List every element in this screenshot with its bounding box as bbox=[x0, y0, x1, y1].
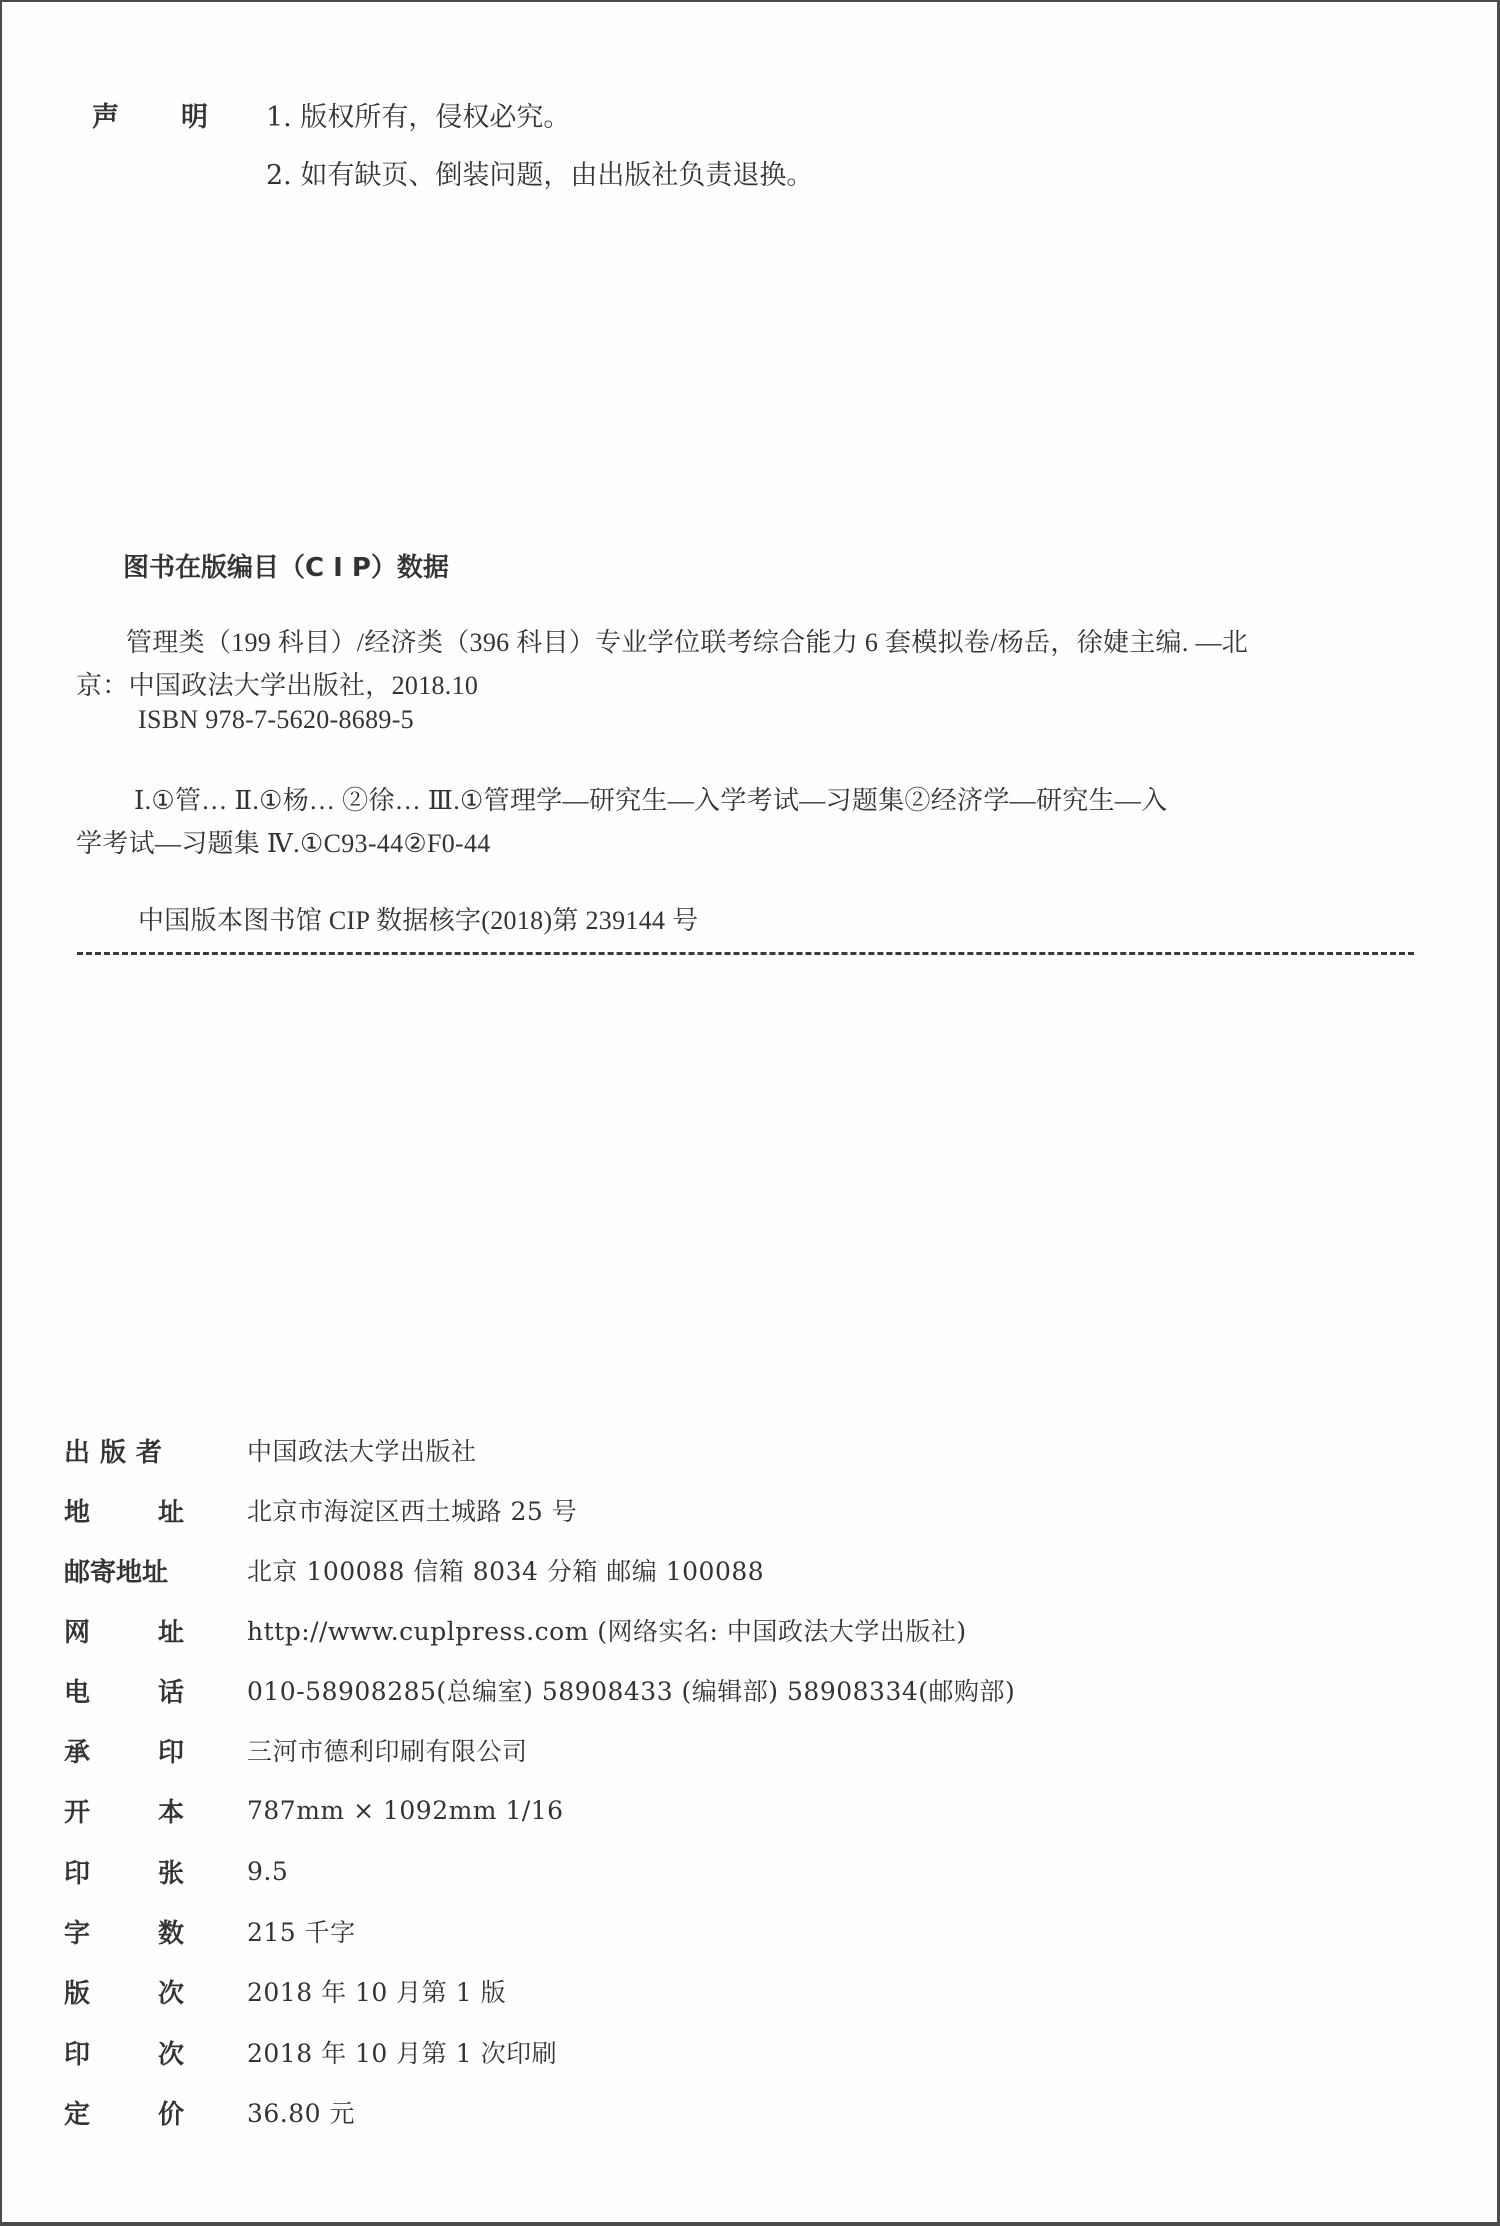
info-label-address: 地址 bbox=[64, 1492, 247, 1529]
info-row-edition: 版次 2018 年 10 月第 1 版 bbox=[64, 1971, 506, 2011]
info-value-printing: 2018 年 10 月第 1 次印刷 bbox=[247, 2034, 557, 2070]
declaration-label-char-2: 明 bbox=[181, 95, 208, 134]
info-label-website: 网址 bbox=[64, 1612, 247, 1649]
info-value-publisher: 中国政法大学出版社 bbox=[247, 1432, 477, 1468]
info-value-phone: 010-58908285(总编室) 58908433 (编辑部) 5890833… bbox=[247, 1672, 1015, 1708]
info-label-mailing-address: 邮寄地址 bbox=[64, 1552, 247, 1589]
info-row-printed-sheets: 印张 9.5 bbox=[64, 1851, 288, 1891]
info-label-publisher: 出版者 bbox=[64, 1432, 247, 1469]
info-value-price: 36.80 元 bbox=[247, 2094, 355, 2130]
declaration-label-char-1: 声 bbox=[92, 95, 119, 134]
cip-heading: 图书在版编目（C I P）数据 bbox=[123, 547, 449, 584]
dashed-divider bbox=[77, 952, 1414, 955]
info-label-phone: 电话 bbox=[64, 1672, 247, 1709]
info-row-word-count: 字数 215 千字 bbox=[64, 1911, 356, 1951]
cip-title-line-1: 管理类（199 科目）/经济类（396 科目）专业学位联考综合能力 6 套模拟卷… bbox=[126, 622, 1248, 659]
copyright-page: 声 明 1. 版权所有，侵权必究。 2. 如有缺页、倒装问题，由出版社负责退换。… bbox=[0, 0, 1500, 2226]
info-value-edition: 2018 年 10 月第 1 版 bbox=[247, 1973, 506, 2009]
cip-classification-line-1: Ⅰ.①管… Ⅱ.①杨… ②徐… Ⅲ.①管理学—研究生—入学考试—习题集②经济学—… bbox=[134, 780, 1167, 817]
info-label-printed-sheets: 印张 bbox=[64, 1853, 247, 1890]
info-value-website: http://www.cuplpress.com (网络实名: 中国政法大学出版… bbox=[247, 1612, 967, 1648]
info-row-mailing-address: 邮寄地址 北京 100088 信箱 8034 分箱 邮编 100088 bbox=[64, 1550, 764, 1590]
cip-isbn: ISBN 978-7-5620-8689-5 bbox=[138, 705, 414, 735]
cip-classification-line-2: 学考试—习题集 Ⅳ.①C93-44②F0-44 bbox=[76, 823, 491, 860]
info-label-price: 定价 bbox=[64, 2094, 247, 2131]
info-row-publisher: 出版者 中国政法大学出版社 bbox=[64, 1430, 477, 1470]
info-value-printer: 三河市德利印刷有限公司 bbox=[247, 1732, 528, 1768]
info-row-address: 地址 北京市海淀区西土城路 25 号 bbox=[64, 1490, 577, 1530]
info-row-format: 开本 787mm × 1092mm 1/16 bbox=[64, 1790, 564, 1830]
info-label-edition: 版次 bbox=[64, 1973, 247, 2010]
cip-title-line-2: 京：中国政法大学出版社，2018.10 bbox=[76, 665, 478, 702]
info-row-printing: 印次 2018 年 10 月第 1 次印刷 bbox=[64, 2032, 557, 2072]
info-value-mailing-address: 北京 100088 信箱 8034 分箱 邮编 100088 bbox=[247, 1552, 764, 1588]
info-row-phone: 电话 010-58908285(总编室) 58908433 (编辑部) 5890… bbox=[64, 1670, 1015, 1710]
info-row-website: 网址 http://www.cuplpress.com (网络实名: 中国政法大… bbox=[64, 1610, 967, 1650]
info-value-format: 787mm × 1092mm 1/16 bbox=[247, 1796, 564, 1825]
info-row-printer: 承印 三河市德利印刷有限公司 bbox=[64, 1730, 528, 1770]
declaration-item-1: 1. 版权所有，侵权必究。 bbox=[266, 95, 570, 134]
info-row-price: 定价 36.80 元 bbox=[64, 2092, 355, 2132]
declaration-item-2: 2. 如有缺页、倒装问题，由出版社负责退换。 bbox=[266, 153, 813, 192]
info-value-printed-sheets: 9.5 bbox=[247, 1857, 288, 1886]
info-label-printer: 承印 bbox=[64, 1732, 247, 1769]
info-label-format: 开本 bbox=[64, 1792, 247, 1829]
info-label-printing: 印次 bbox=[64, 2034, 247, 2071]
info-value-word-count: 215 千字 bbox=[247, 1913, 356, 1949]
cip-catalog-number: 中国版本图书馆 CIP 数据核字(2018)第 239144 号 bbox=[138, 900, 698, 937]
info-value-address: 北京市海淀区西土城路 25 号 bbox=[247, 1492, 577, 1528]
info-label-word-count: 字数 bbox=[64, 1913, 247, 1950]
